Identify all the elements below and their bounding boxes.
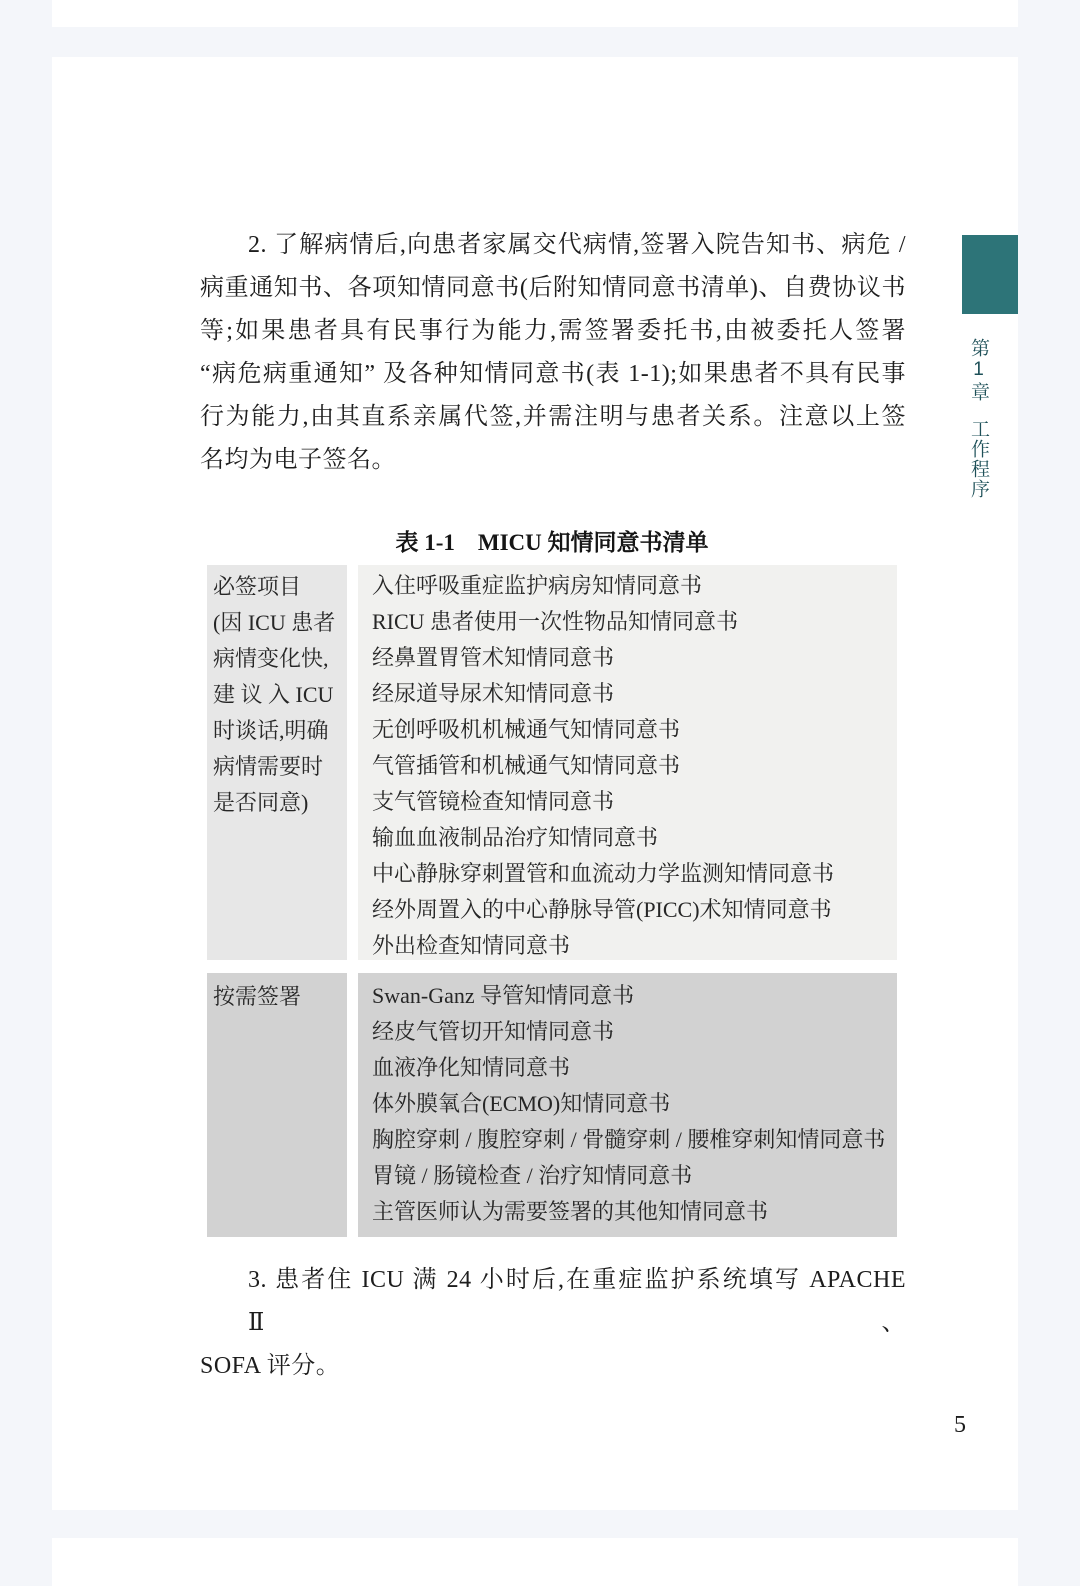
table-item: 输血血液制品治疗知情同意书: [372, 820, 897, 856]
table-item: RICU 患者使用一次性物品知情同意书: [372, 604, 897, 640]
table-row2-header-line: 按需签署: [213, 979, 345, 1015]
scan-margin-right: [1018, 0, 1080, 1586]
table-item: 无创呼吸机机械通气知情同意书: [372, 712, 897, 748]
table-item: 胸腔穿刺 / 腹腔穿刺 / 骨髓穿刺 / 腰椎穿刺知情同意书: [372, 1122, 897, 1158]
table-row1-header-line: 建 议 入 ICU: [213, 677, 345, 713]
paragraph-2: 2. 了解病情后,向患者家属交代病情,签署入院告知书、病危 / 病重通知书、各项…: [200, 224, 906, 482]
book-page-scan: { "colors": { "chapter_tab": "#2d7478", …: [0, 0, 1080, 1586]
table-item: 气管插管和机械通气知情同意书: [372, 748, 897, 784]
page-number: 5: [940, 1412, 980, 1439]
table-item: 经皮气管切开知情同意书: [372, 1014, 897, 1050]
sidebar-section-label: 工作程序: [965, 419, 992, 509]
scan-band-bottom: [52, 1510, 1018, 1538]
table-row1-header-cell: 必签项目 (因 ICU 患者 病情变化快, 建 议 入 ICU 时谈话,明确 病…: [207, 565, 347, 960]
table-item: 支气管镜检查知情同意书: [372, 784, 897, 820]
table-item: 主管医师认为需要签署的其他知情同意书: [372, 1194, 897, 1230]
table-row1-items-cell: 入住呼吸重症监护病房知情同意书 RICU 患者使用一次性物品知情同意书 经鼻置胃…: [358, 565, 897, 960]
table-row1-header-line: 病情需要时: [213, 749, 345, 785]
paragraph-2-line: 行为能力,由其直系亲属代签,并需注明与患者关系。注意以上签: [200, 396, 906, 439]
table-row2-header-cell: 按需签署: [207, 973, 347, 1237]
table-item: 经尿道导尿术知情同意书: [372, 676, 897, 712]
table-item: 外出检查知情同意书: [372, 928, 897, 964]
table-title: 表 1-1 MICU 知情同意书清单: [207, 529, 897, 557]
chapter-tab-color-block: [962, 235, 1018, 314]
table-item: 血液净化知情同意书: [372, 1050, 897, 1086]
paragraph-3: 3. 患者住 ICU 满 24 小时后,在重症监护系统填写 APACHE Ⅱ、 …: [200, 1259, 906, 1388]
table-item: 经鼻置胃管术知情同意书: [372, 640, 897, 676]
table-row1-header-line: 病情变化快,: [213, 641, 345, 677]
table-row1-header-line: 是否同意): [213, 785, 345, 821]
table-row1-header-line: (因 ICU 患者: [213, 605, 345, 641]
paragraph-2-line: 病重通知书、各项知情同意书(后附知情同意书清单)、自费协议书: [200, 267, 906, 310]
paragraph-2-line: 2. 了解病情后,向患者家属交代病情,签署入院告知书、病危 /: [200, 224, 906, 267]
scan-band-top: [52, 27, 1018, 57]
table-item: 入住呼吸重症监护病房知情同意书: [372, 568, 897, 604]
table-row1-header-line: 必签项目: [213, 569, 345, 605]
paragraph-3-line: SOFA 评分。: [200, 1345, 906, 1388]
table-item: 经外周置入的中心静脉导管(PICC)术知情同意书: [372, 892, 897, 928]
paragraph-3-line: 3. 患者住 ICU 满 24 小时后,在重症监护系统填写 APACHE Ⅱ、: [200, 1259, 906, 1345]
table-item: 中心静脉穿刺置管和血流动力学监测知情同意书: [372, 856, 897, 892]
paragraph-2-line: “病危病重通知” 及各种知情同意书(表 1-1);如果患者不具有民事: [200, 353, 906, 396]
scan-margin-left: [0, 0, 52, 1586]
table-item: 体外膜氧合(ECMO)知情同意书: [372, 1086, 897, 1122]
table-item: 胃镜 / 肠镜检查 / 治疗知情同意书: [372, 1158, 897, 1194]
table-item: Swan-Ganz 导管知情同意书: [372, 978, 897, 1014]
table-row1-header-line: 时谈话,明确: [213, 713, 345, 749]
table-row2-items-cell: Swan-Ganz 导管知情同意书 经皮气管切开知情同意书 血液净化知情同意书 …: [358, 973, 897, 1237]
sidebar-chapter-label: 第1章: [965, 338, 992, 418]
paragraph-2-line: 等;如果患者具有民事行为能力,需签署委托书,由被委托人签署: [200, 310, 906, 353]
paragraph-2-line: 名均为电子签名。: [200, 439, 906, 482]
